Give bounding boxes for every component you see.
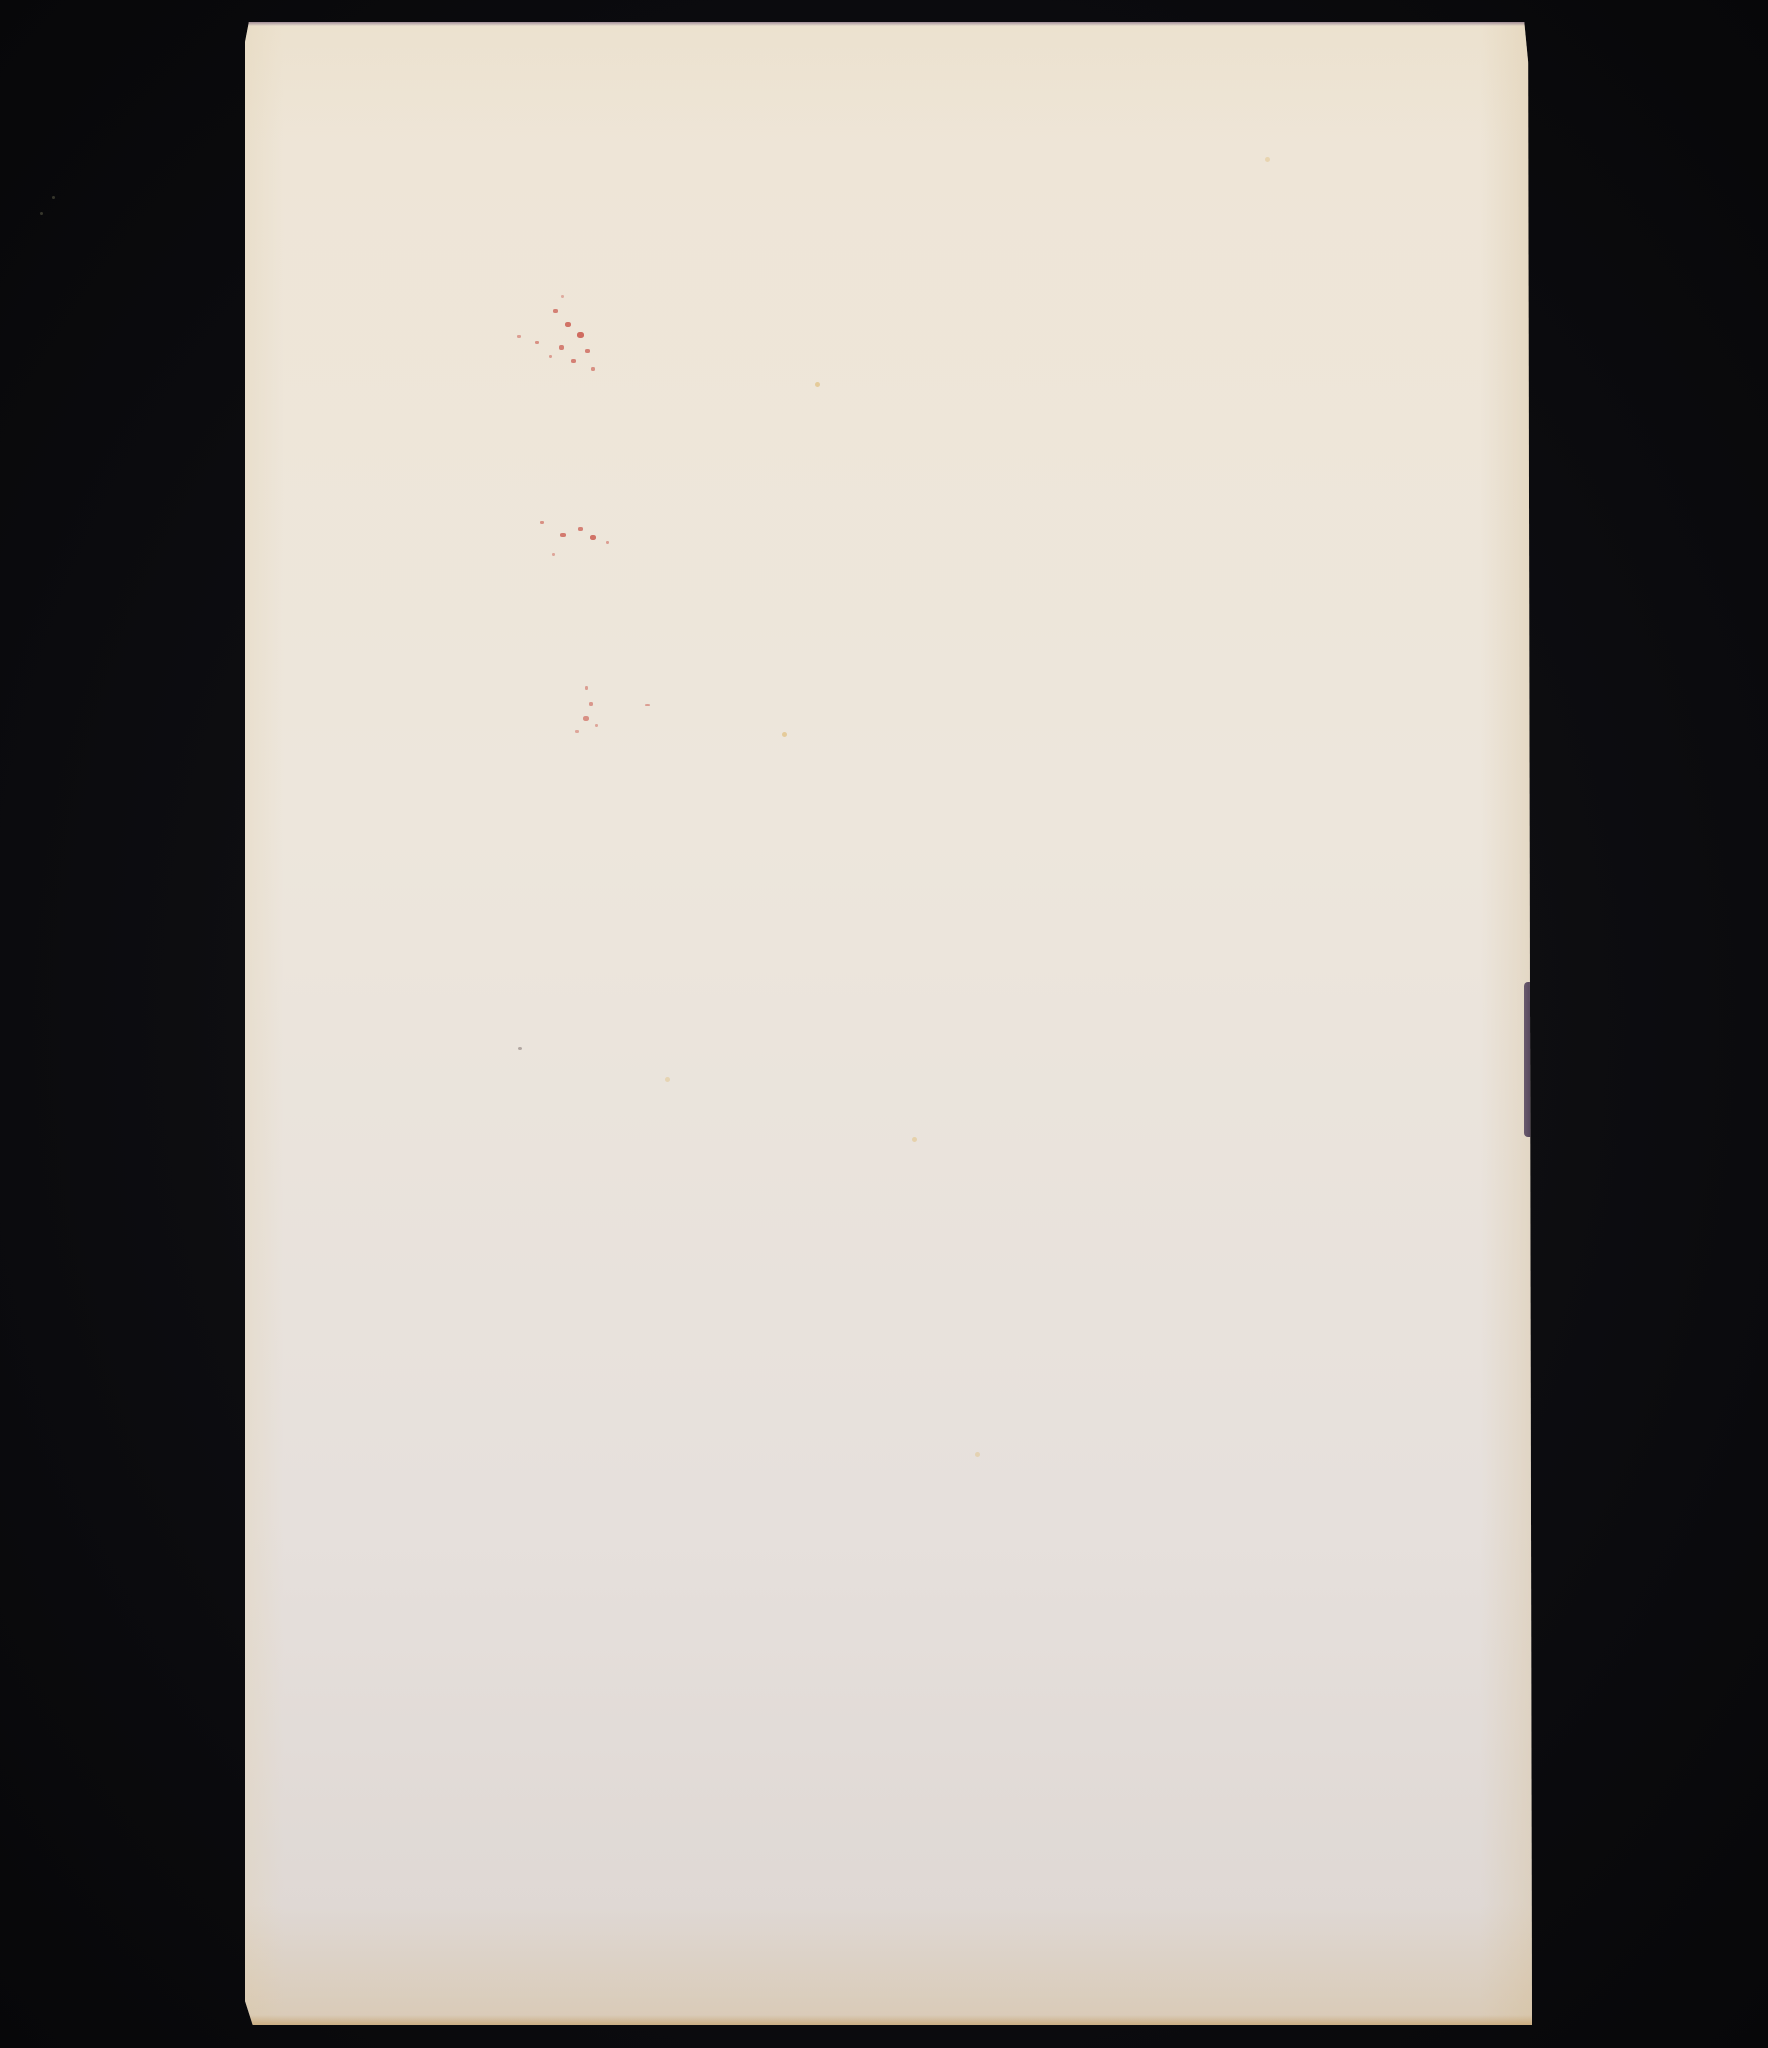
fabric-lint-dot: [40, 212, 43, 215]
foxing-spot: [518, 1047, 522, 1050]
red-speckle-cluster: [495, 287, 615, 397]
blank-booklet-back-cover: [245, 22, 1532, 2025]
foxing-spot: [1265, 157, 1270, 162]
foxing-spot: [815, 382, 820, 387]
foxing-spot: [975, 1452, 980, 1457]
red-speckle-cluster: [520, 497, 640, 607]
foxing-spot: [782, 732, 787, 737]
foxing-spot: [912, 1137, 917, 1142]
fabric-lint-dot: [52, 196, 55, 199]
foxing-spot: [665, 1077, 670, 1082]
top-edge-shadow: [245, 22, 1532, 26]
red-speckle-cluster: [535, 672, 655, 782]
bottom-edge-toning: [245, 2015, 1532, 2025]
